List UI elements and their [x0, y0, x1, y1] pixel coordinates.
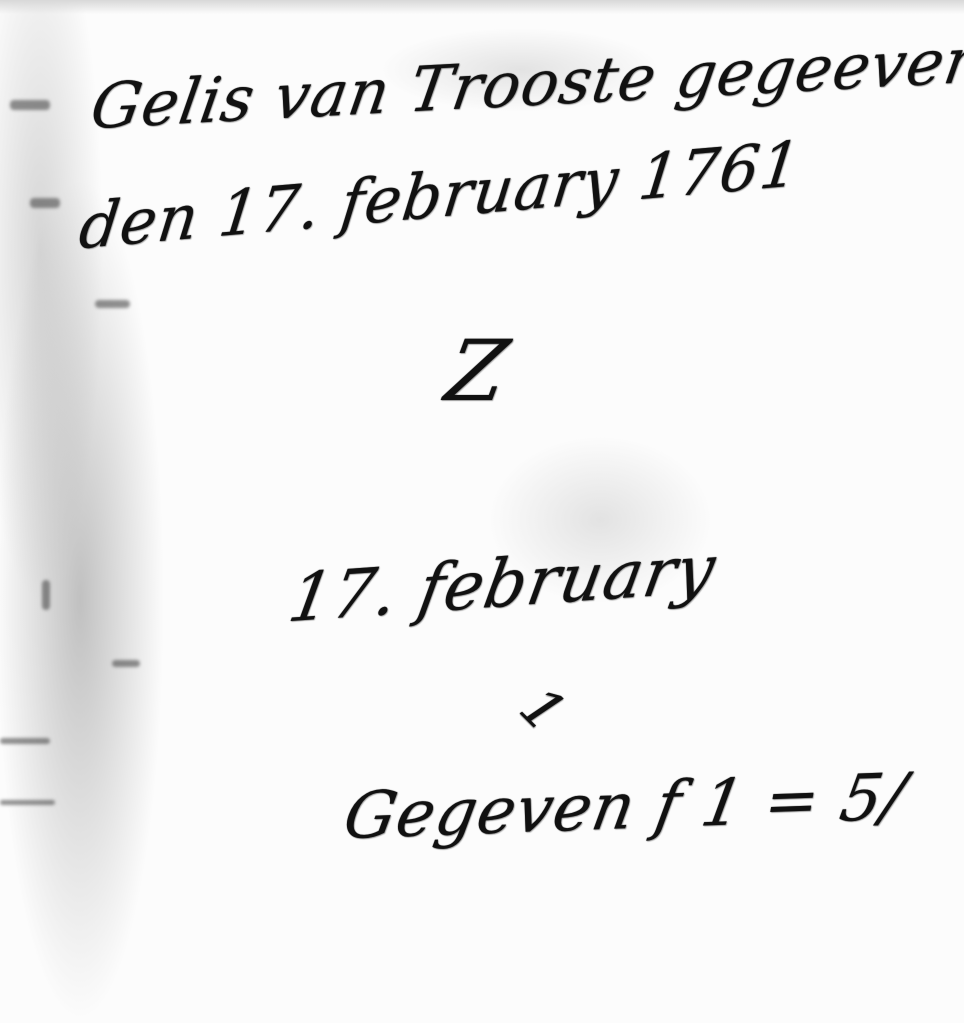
bleed-through-mark — [10, 100, 50, 110]
bleed-through-mark — [42, 580, 50, 610]
bleed-through-mark — [0, 738, 50, 744]
paper-top-edge — [0, 0, 964, 14]
bleed-through-mark — [95, 300, 130, 308]
scanned-paper — [0, 0, 964, 1023]
bleed-through-mark — [30, 198, 60, 208]
bleed-through-mark — [0, 800, 55, 805]
bleed-through-mark — [112, 660, 140, 667]
